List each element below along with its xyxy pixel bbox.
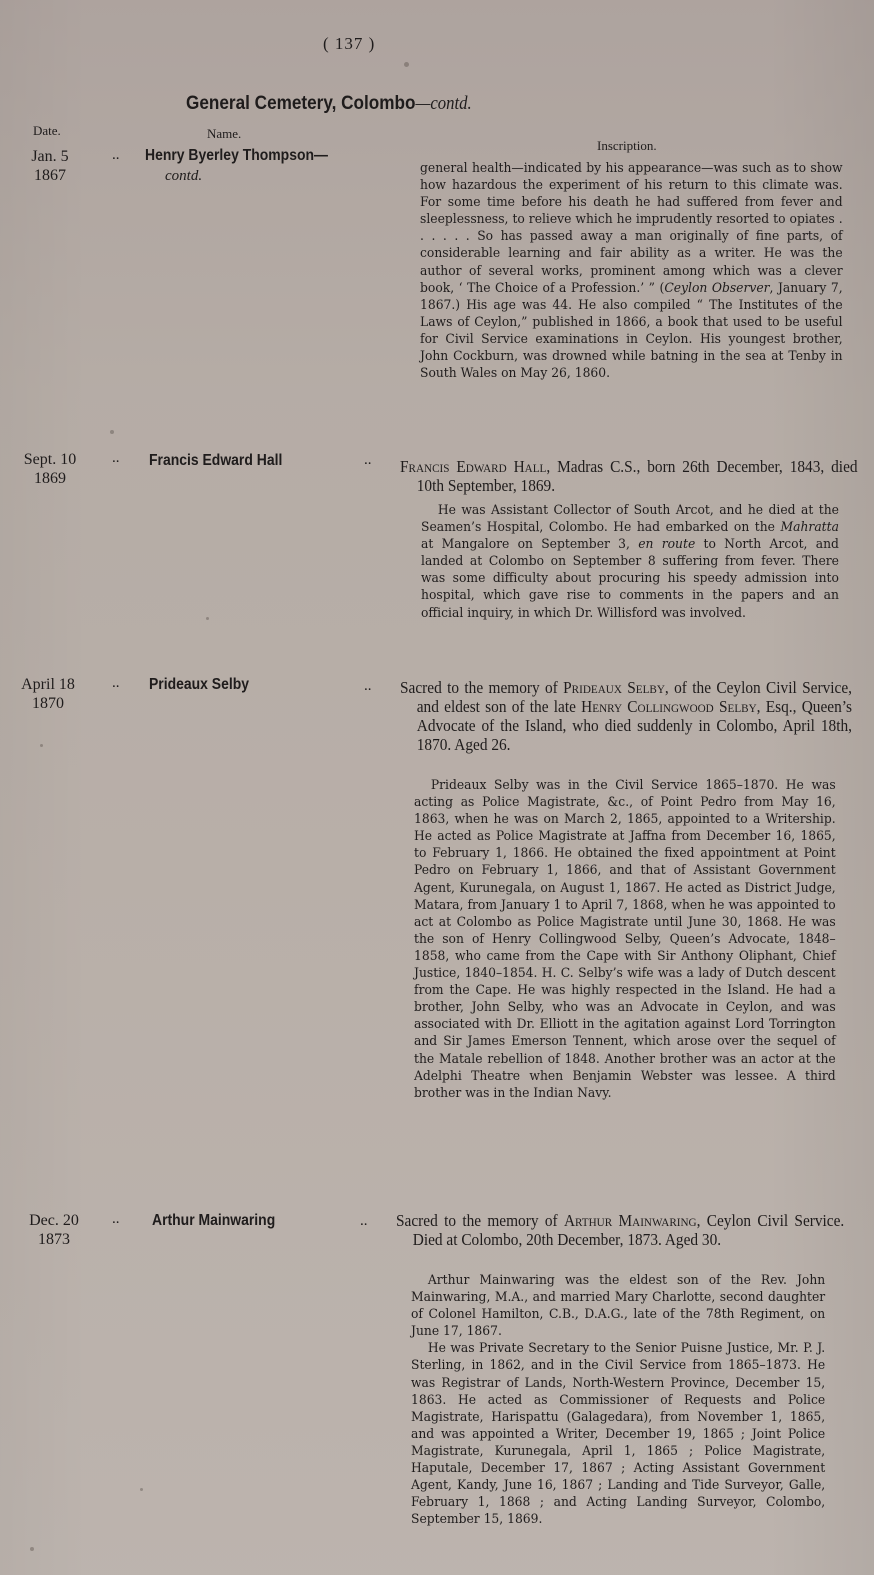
notes-text: at Mangalore on September 3, — [421, 537, 638, 552]
entry-notes: general health—indicated by his appearan… — [420, 160, 843, 382]
entry-date-year: 1869 — [14, 469, 86, 488]
leader-dots: .. — [112, 675, 120, 692]
notes-italic: en route — [638, 537, 695, 552]
entry-notes: Arthur Mainwaring was the eldest son of … — [411, 1272, 825, 1528]
entry-date-day: Dec. 20 — [18, 1211, 90, 1230]
page-number: ( 137 ) — [323, 34, 375, 54]
entry-date-year: 1873 — [18, 1230, 90, 1249]
leader-dots: .. — [112, 1211, 120, 1228]
entry-notes: Prideaux Selby was in the Civil Service … — [414, 777, 836, 1102]
section-title: General Cemetery, Colombo—contd. — [186, 92, 472, 115]
notes-italic: Mahratta — [781, 520, 839, 535]
entry-inscription: Sacred to the memory of Arthur Mainwarin… — [396, 1211, 844, 1249]
inscription-smallcaps: Henry Collingwood Selby — [581, 697, 756, 716]
leader-dots: .. — [364, 452, 372, 469]
entry-date: Jan. 5 1867 — [14, 147, 86, 185]
inscription-smallcaps: Francis Edward Hall — [400, 457, 546, 476]
column-header-inscription: Inscription. — [597, 138, 657, 154]
section-title-text: General Cemetery, Colombo — [186, 92, 416, 114]
column-header-date: Date. — [33, 123, 61, 139]
leader-dots: .. — [364, 678, 372, 695]
leader-dots: .. — [360, 1213, 368, 1230]
entry-date-day: Sept. 10 — [14, 450, 86, 469]
notes-italic: Ceylon Observer — [664, 281, 769, 296]
paper-speck — [140, 1488, 143, 1491]
paper-speck — [40, 744, 43, 747]
paper-speck — [30, 1547, 34, 1551]
entry-date: Dec. 20 1873 — [18, 1211, 90, 1249]
entry-inscription: Francis Edward Hall, Madras C.S., born 2… — [400, 457, 858, 495]
entry-notes: He was Assistant Collector of South Arco… — [421, 502, 839, 622]
notes-text: He was Private Secretary to the Senior P… — [411, 1340, 825, 1528]
section-title-suffix: —contd. — [416, 93, 472, 114]
entry-name: Henry Byerley Thompson— — [145, 147, 328, 165]
entry-date-year: 1870 — [12, 694, 84, 713]
entry-date: Sept. 10 1869 — [14, 450, 86, 488]
entry-name-contd: contd. — [165, 168, 202, 185]
entry-date-day: Jan. 5 — [14, 147, 86, 166]
notes-text: He was Assistant Collector of South Arco… — [421, 503, 839, 535]
entry-name: Arthur Mainwaring — [152, 1212, 275, 1230]
inscription-text: Sacred to the memory of — [400, 678, 563, 697]
entry-date-year: 1867 — [14, 166, 86, 185]
book-page: ( 137 ) General Cemetery, Colombo—contd.… — [0, 0, 874, 1575]
paper-speck — [404, 62, 409, 67]
entry-date: April 18 1870 — [12, 675, 84, 713]
entry-date-day: April 18 — [12, 675, 84, 694]
paper-speck — [206, 617, 209, 620]
leader-dots: .. — [112, 450, 120, 467]
notes-text: Arthur Mainwaring was the eldest son of … — [411, 1272, 825, 1340]
entry-name: Francis Edward Hall — [149, 452, 282, 470]
column-header-name: Name. — [207, 126, 241, 142]
inscription-smallcaps: Arthur Mainwaring — [564, 1211, 697, 1230]
inscription-text: Sacred to the memory of — [396, 1211, 564, 1230]
entry-name: Prideaux Selby — [149, 676, 249, 694]
entry-inscription: Sacred to the memory of Prideaux Selby, … — [400, 678, 852, 754]
inscription-smallcaps: Prideaux Selby — [563, 678, 665, 697]
notes-text: general health—indicated by his appearan… — [420, 161, 843, 296]
notes-text: Prideaux Selby was in the Civil Service … — [414, 777, 836, 1102]
leader-dots: .. — [112, 147, 120, 164]
paper-speck — [110, 430, 114, 434]
